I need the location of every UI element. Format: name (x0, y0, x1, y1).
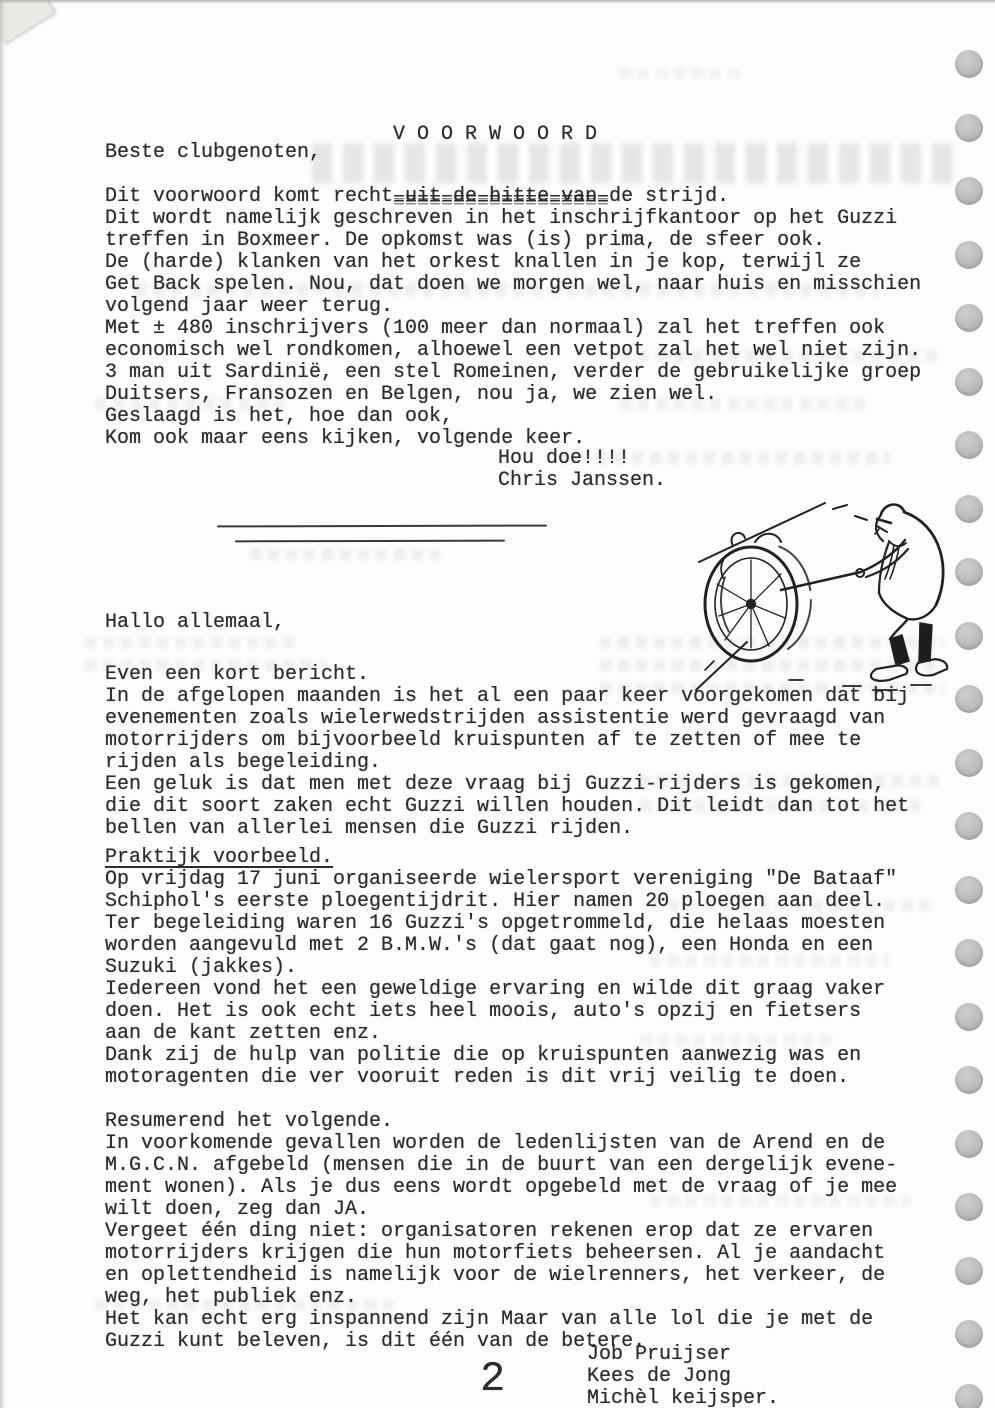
message-intro: Even een kort bericht. In de afgelopen m… (105, 664, 909, 840)
page-corner-shadow (0, 0, 54, 44)
binder-hole (955, 749, 983, 777)
binder-hole (955, 1320, 983, 1348)
scanned-newsletter-page: V O O R W O O R D ================== Bes… (0, 0, 995, 1408)
foreword-greeting: Beste clubgenoten, (105, 142, 321, 164)
binder-hole (955, 368, 983, 396)
bleedthrough-artifact (85, 637, 295, 648)
bleedthrough-artifact (620, 68, 740, 78)
binder-hole (955, 812, 983, 840)
binder-hole (955, 1193, 983, 1221)
page-top-edge (0, 0, 995, 4)
binder-hole (955, 495, 983, 523)
binder-hole (955, 241, 983, 269)
binder-hole (955, 114, 983, 142)
binder-hole (955, 1130, 983, 1158)
message-greeting: Hallo allemaal, (105, 612, 285, 634)
binder-hole (955, 1384, 983, 1408)
binder-hole (955, 1257, 983, 1285)
divider-line (235, 540, 505, 543)
page-number: 2 (480, 1358, 505, 1400)
divider-line (217, 525, 547, 528)
foreword-body: Dit voorwoord komt recht uit de hitte va… (105, 186, 921, 450)
binder-hole (955, 939, 983, 967)
page-left-edge (0, 0, 5, 1408)
binder-hole (955, 685, 983, 713)
summary-body: Resumerend het volgende. In voorkomende … (105, 1111, 897, 1353)
signatures: Job Pruijser Kees de Jong Michèl keijspe… (587, 1344, 779, 1408)
example-body: Op vrijdag 17 juni organiseerde wielersp… (105, 869, 897, 1089)
example-heading: Praktijk voorbeeld. (105, 847, 333, 869)
binder-hole (955, 431, 983, 459)
binder-hole (955, 876, 983, 904)
bleedthrough-artifact (250, 549, 440, 560)
binder-hole (955, 622, 983, 650)
binder-hole (955, 1066, 983, 1094)
binder-hole (955, 304, 983, 332)
binder-hole (955, 1003, 983, 1031)
binder-hole (955, 177, 983, 205)
binder-hole (955, 50, 983, 78)
foreword-signoff: Hou doe!!!! Chris Janssen. (498, 448, 666, 492)
page-title-text: V O O R W O O R D (393, 124, 609, 146)
binder-hole (955, 558, 983, 586)
